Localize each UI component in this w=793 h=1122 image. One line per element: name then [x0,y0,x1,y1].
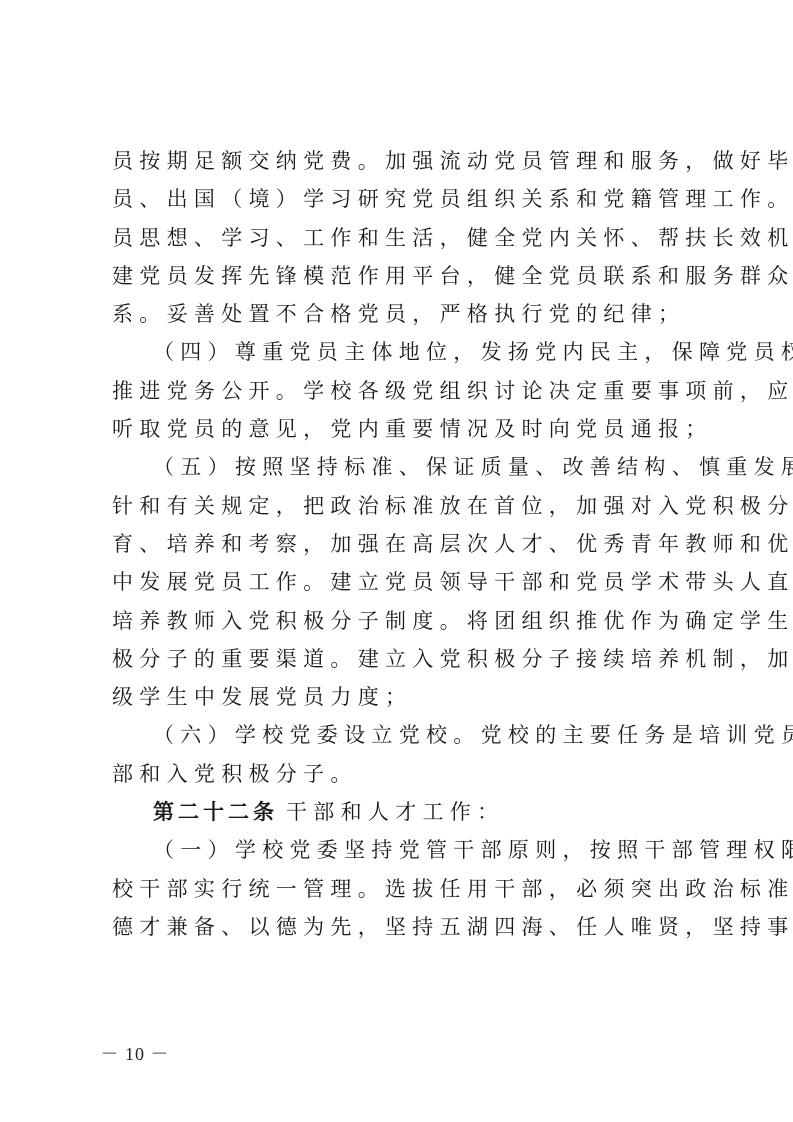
page-number: － 10 － [0,1040,270,1066]
text-line: 建党员发挥先锋模范作用平台，健全党员联系和服务群众工作体 [112,257,696,295]
text-line: 部和入党积极分子。 [112,755,696,793]
paragraph-item-6: （六）学校党委设立党校。党校的主要任务是培训党员、干 [112,716,696,754]
text-line: 员按期足额交纳党费。加强流动党员管理和服务，做好毕业生党 [112,142,696,180]
text-line: 德才兼备、以德为先，坚持五湖四海、任人唯贤，坚持事业为上、 [112,908,696,946]
document-page: 员按期足额交纳党费。加强流动党员管理和服务，做好毕业生党 员、出国（境）学习研究… [0,0,793,1122]
text-line: 听取党员的意见，党内重要情况及时向党员通报； [112,410,696,448]
text-line: 育、培养和考察，加强在高层次人才、优秀青年教师和优秀学生 [112,525,696,563]
article-number: 第二十二条 [153,799,278,824]
text-line: 培养教师入党积极分子制度。将团组织推优作为确定学生入党积 [112,602,696,640]
article-title: 干部和人才工作： [286,800,504,824]
text-line: 员、出国（境）学习研究党员组织关系和党籍管理工作。关心党 [112,180,696,218]
paragraph-item-1: （一）学校党委坚持党管干部原则，按照干部管理权限对学 [112,831,696,869]
text-line: 针和有关规定，把政治标准放在首位，加强对入党积极分子的教 [112,487,696,525]
text-line: 中发展党员工作。建立党员领导干部和党员学术带头人直接联系 [112,563,696,601]
text-line: 推进党务公开。学校各级党组织讨论决定重要事项前，应当充分 [112,372,696,410]
paragraph-item-5: （五）按照坚持标准、保证质量、改善结构、慎重发展的方 [112,448,696,486]
text-line: 员思想、学习、工作和生活，健全党内关怀、帮扶长效机制。搭 [112,219,696,257]
text-line: 级学生中发展党员力度； [112,678,696,716]
text-line: 系。妥善处置不合格党员，严格执行党的纪律； [112,295,696,333]
text-line: 极分子的重要渠道。建立入党积极分子接续培养机制，加大低年 [112,640,696,678]
body-text: 员按期足额交纳党费。加强流动党员管理和服务，做好毕业生党 员、出国（境）学习研究… [112,142,696,946]
article-heading-line: 第二十二条干部和人才工作： [112,793,696,831]
text-line: 校干部实行统一管理。选拔任用干部，必须突出政治标准，坚持 [112,870,696,908]
paragraph-item-4: （四）尊重党员主体地位，发扬党内民主，保障党员权利， [112,333,696,371]
